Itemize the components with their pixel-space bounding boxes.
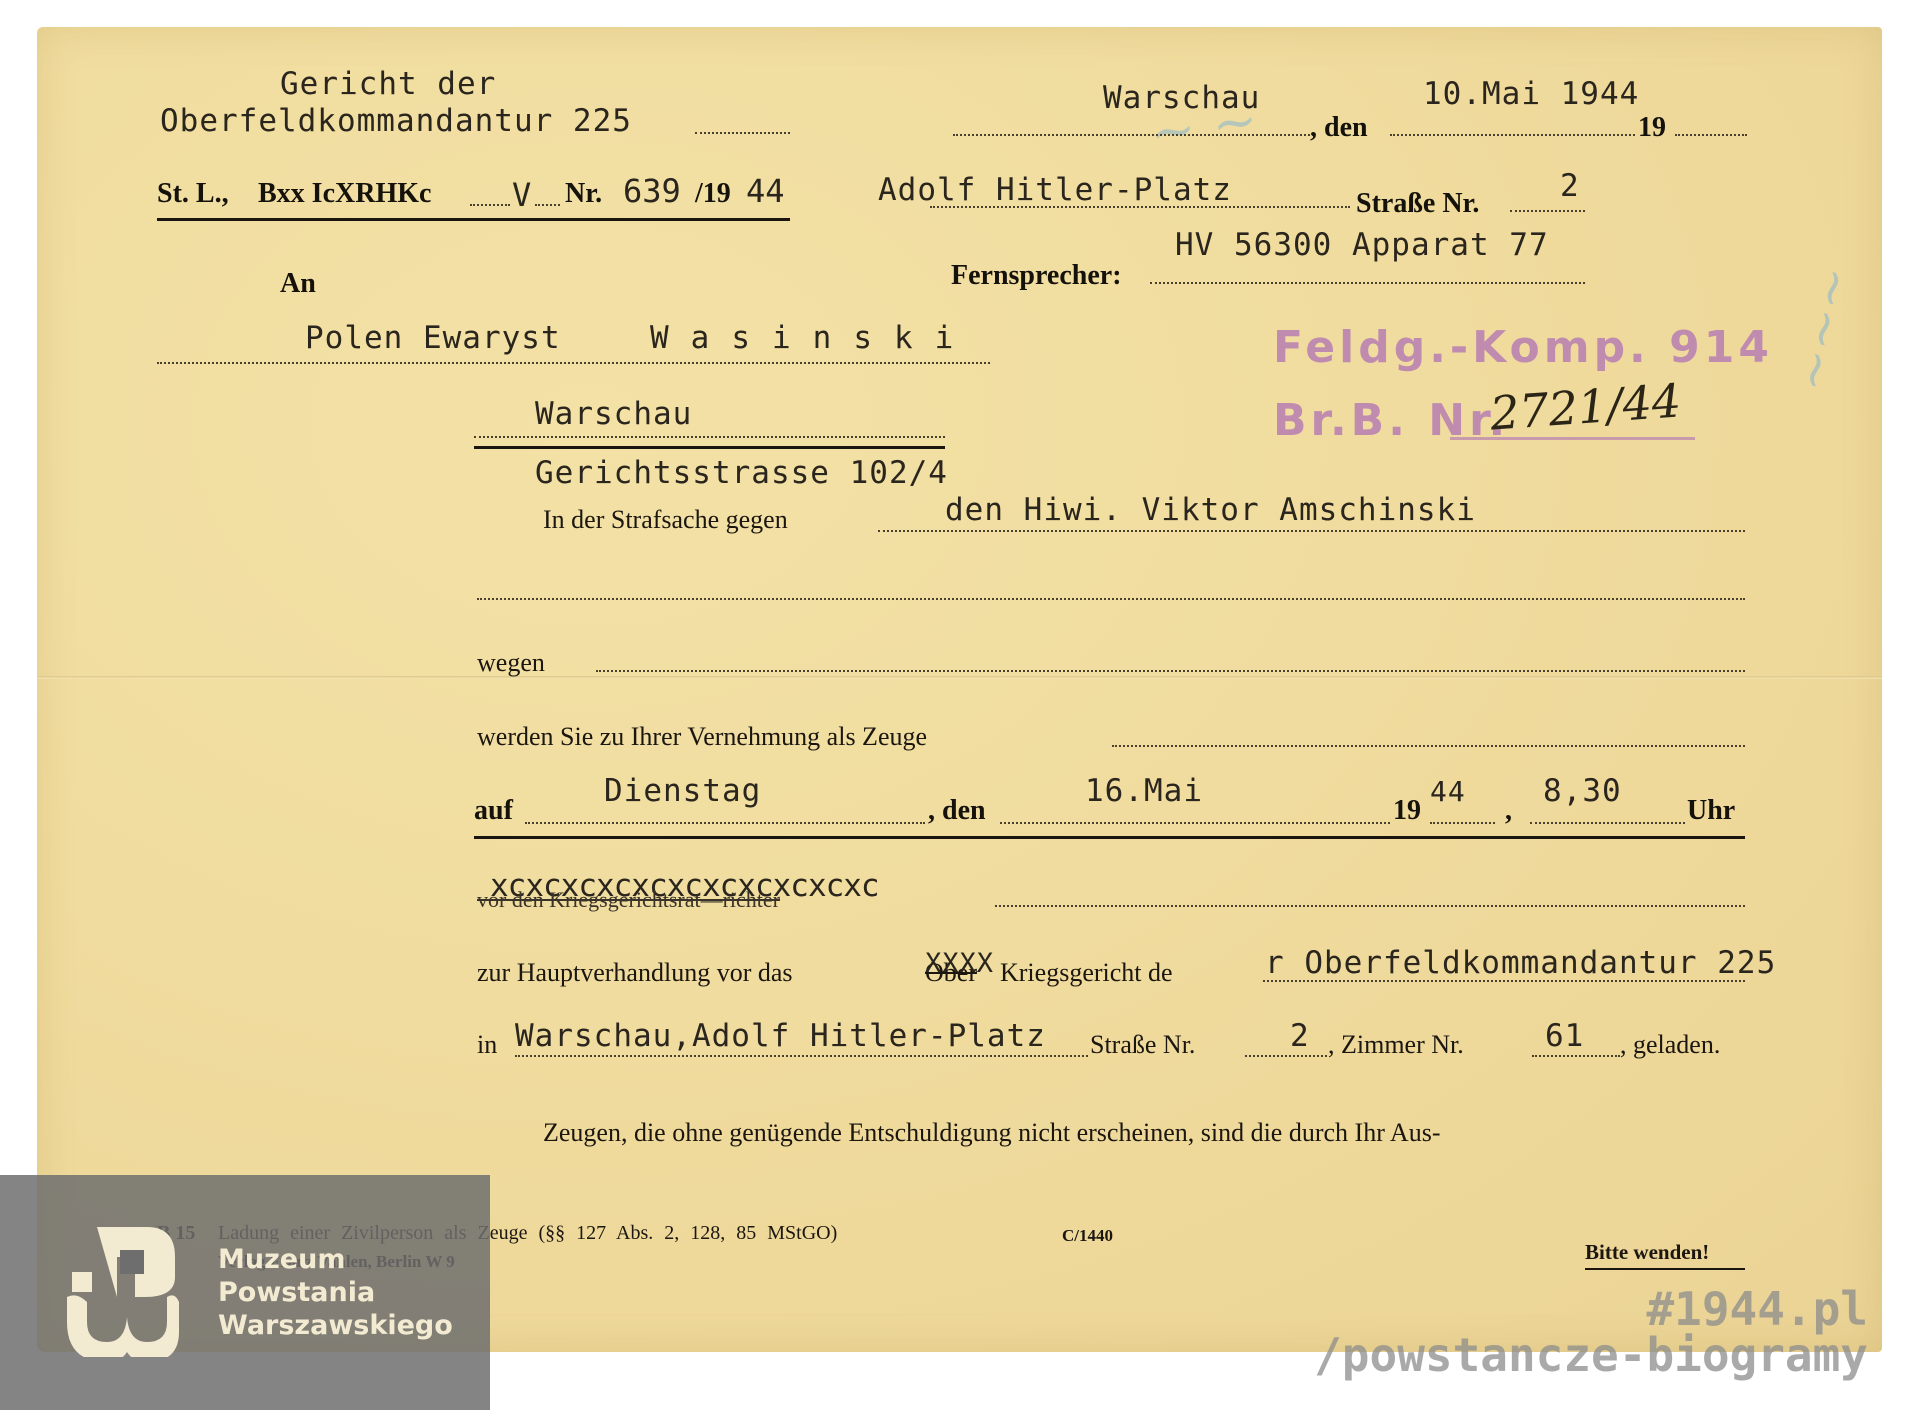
date-dots xyxy=(1390,134,1635,136)
ref-struck-text: Bxx IcXRHKc xyxy=(258,178,431,210)
geladen-label: , geladen. xyxy=(1620,1030,1720,1060)
case-dots xyxy=(878,530,1745,532)
haupt-label-b: Kriegsgericht de xyxy=(1000,958,1173,988)
office-street-dots xyxy=(930,206,1350,208)
recipient-street: Gerichtsstrasse 102/4 xyxy=(535,455,948,491)
case-dots-2 xyxy=(477,598,1745,600)
phone-label: Fernsprecher: xyxy=(951,260,1122,292)
year-prefix: 19 xyxy=(1638,112,1666,144)
year-dots xyxy=(1675,134,1747,136)
summons-label: werden Sie zu Ihrer Vernehmung als Zeuge xyxy=(477,722,927,752)
haupt-label-a: zur Hauptverhandlung vor das xyxy=(477,958,793,988)
ref-year: 44 xyxy=(746,172,785,210)
strasse-value: 2 xyxy=(1290,1018,1310,1054)
ref-dots-2 xyxy=(535,204,560,206)
street-nr: 2 xyxy=(1560,168,1580,204)
strasse-label: Straße Nr. xyxy=(1090,1030,1195,1060)
recipient-name: Polen Ewaryst xyxy=(305,320,561,356)
street-nr-dots xyxy=(1510,210,1585,212)
museum-name-line2: Powstania xyxy=(218,1276,453,1309)
wegen-label: wegen xyxy=(477,648,545,678)
ref-year-prefix: /19 xyxy=(695,178,731,210)
street-nr-label: Straße Nr. xyxy=(1356,188,1479,220)
place-dots xyxy=(953,134,1310,136)
phone-dots xyxy=(1150,282,1585,284)
case-value: den Hiwi. Viktor Amschinski xyxy=(945,492,1476,528)
document-paper xyxy=(37,27,1882,1352)
time-dots xyxy=(1530,822,1685,824)
vor-dots xyxy=(995,905,1745,907)
city-underline xyxy=(474,446,945,449)
in-dots xyxy=(515,1055,1088,1057)
anchor-emblem-icon xyxy=(62,1217,192,1357)
ref-prefix: St. L., xyxy=(157,178,229,210)
weekday: Dienstag xyxy=(604,773,761,809)
form-number: C/1440 xyxy=(1062,1226,1113,1246)
unit-stamp-line1: Feldg.-Komp. 914 xyxy=(1273,322,1773,373)
in-value: Warschau,Adolf Hitler-Platz xyxy=(515,1018,1046,1054)
case-label: In der Strafsache gegen xyxy=(543,505,788,535)
auf-year: 44 xyxy=(1430,775,1466,808)
auf-comma: , xyxy=(1505,795,1512,827)
uhr-label: Uhr xyxy=(1687,795,1735,827)
haupt-value: r Oberfeldkommandantur 225 xyxy=(1265,945,1776,981)
vor-label: vor den Kriegsgerichtsrat—richter xyxy=(477,887,780,913)
court-line-1: Gericht der xyxy=(280,66,496,102)
recipient-surname: Wasinski xyxy=(650,320,975,356)
auf-year-prefix: 19 xyxy=(1393,795,1421,827)
auf-year-dots xyxy=(1430,822,1495,824)
museum-logo-overlay: Muzeum Powstania Warszawskiego xyxy=(0,1175,490,1410)
ref-nr-label: Nr. xyxy=(565,178,602,210)
city-dots xyxy=(474,436,945,438)
auf-underline xyxy=(474,836,1745,839)
strasse-dots xyxy=(1245,1055,1327,1057)
recipient-city: Warschau xyxy=(535,396,692,432)
weekday-dots xyxy=(525,822,925,824)
ref-underline xyxy=(157,218,790,221)
museum-name: Muzeum Powstania Warszawskiego xyxy=(218,1243,453,1342)
an-label: An xyxy=(280,268,316,300)
fold-crease xyxy=(37,676,1882,679)
in-label: in xyxy=(477,1030,497,1060)
ref-dots-1 xyxy=(470,204,510,206)
date: 10.Mai 1944 xyxy=(1423,76,1639,112)
auf-label: auf xyxy=(474,795,513,827)
wegen-dots xyxy=(596,670,1745,672)
zimmer-label: , Zimmer Nr. xyxy=(1328,1030,1464,1060)
notice-text: Zeugen, die ohne genügende Entschuldigun… xyxy=(543,1118,1440,1148)
zimmer-dots xyxy=(1532,1055,1620,1057)
museum-name-line1: Muzeum xyxy=(218,1243,453,1276)
ref-nr: 639 xyxy=(623,172,681,210)
auf-den-label: , den xyxy=(928,795,986,827)
museum-name-line3: Warszawskiego xyxy=(218,1309,453,1342)
ref-section: V xyxy=(512,176,531,214)
court-dotted-line xyxy=(695,132,790,134)
day-dots xyxy=(1000,822,1390,824)
place: Warschau xyxy=(1103,80,1260,116)
stamp-underline xyxy=(1450,437,1695,440)
court-line-2: Oberfeldkommandantur 225 xyxy=(160,103,632,139)
zimmer-value: 61 xyxy=(1545,1018,1584,1054)
den-label: , den xyxy=(1310,112,1368,144)
office-street: Adolf Hitler-Platz xyxy=(878,172,1232,208)
path-watermark: /powstancze-biogramy xyxy=(1314,1328,1868,1382)
summons-dots xyxy=(1112,745,1745,747)
turn-over-underline xyxy=(1585,1268,1745,1270)
phone-number: HV 56300 Apparat 77 xyxy=(1175,227,1549,263)
haupt-overtype: XXXX xyxy=(925,948,994,979)
recipient-dots xyxy=(157,362,990,364)
turn-over-note: Bitte wenden! xyxy=(1585,1240,1709,1265)
day: 16.Mai xyxy=(1085,773,1203,809)
time: 8,30 xyxy=(1543,773,1622,809)
